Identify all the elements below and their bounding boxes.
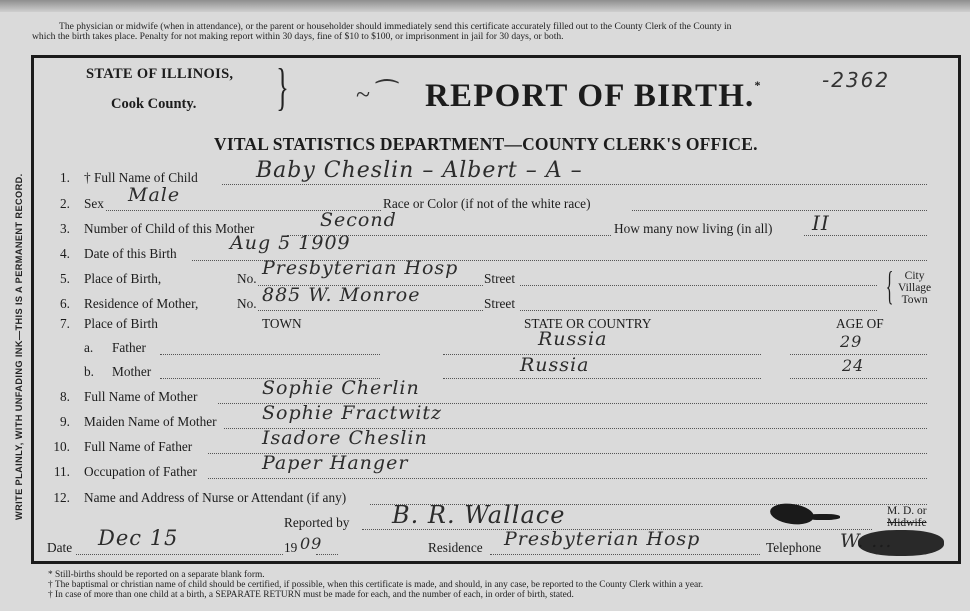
field-number: 6. <box>46 296 70 312</box>
department-heading: VITAL STATISTICS DEPARTMENT—COUNTY CLERK… <box>214 134 758 155</box>
field-number: 11. <box>46 464 70 480</box>
birth-date-value[interactable]: Aug 5 1909 <box>230 232 351 254</box>
state-label: STATE OF ILLINOIS, <box>86 66 233 83</box>
field-prefix: b. <box>84 364 94 380</box>
county-label: Cook County. <box>111 96 196 113</box>
mother-country-value[interactable]: Russia <box>520 354 589 376</box>
reported-by-signature[interactable]: B. R. Wallace <box>392 501 565 529</box>
scan-top-edge <box>0 0 970 12</box>
column-header-age: AGE OF <box>836 316 884 332</box>
footnote-multiple-births: † In case of more than one child at a bi… <box>48 590 968 600</box>
field-number: 12. <box>46 490 70 506</box>
field-number: 10. <box>46 439 70 455</box>
field-number: 7. <box>46 316 70 332</box>
father-country-value[interactable]: Russia <box>538 328 607 350</box>
field-label: Mother <box>112 364 151 380</box>
child-name-value[interactable]: Baby Cheslin – Albert – A – <box>256 158 583 183</box>
certificate-number: -2362 <box>822 68 890 92</box>
field-label: Full Name of Mother <box>84 389 197 405</box>
field-label: Number of Child of this Mother <box>84 221 254 237</box>
penalty-notice: The physician or midwife (when in attend… <box>32 22 962 42</box>
field-row-mother-residence: 6. Residence of Mother, No. 885 W. Monro… <box>0 296 970 316</box>
field-label: Date of this Birth <box>84 246 177 262</box>
field-row-birth-date: 4. Date of this Birth Aug 5 1909 <box>0 246 970 266</box>
city-option: City <box>898 270 931 282</box>
mother-age-value[interactable]: 24 <box>842 356 864 375</box>
field-label: Father <box>112 340 146 356</box>
living-count-value[interactable]: II <box>812 211 830 235</box>
fill-line <box>316 542 338 555</box>
field-row-father-name: 10. Full Name of Father Isadore Cheslin <box>0 439 970 459</box>
field-label: How many now living (in all) <box>614 221 772 237</box>
number-label: No. <box>237 271 257 287</box>
brace-icon: } <box>276 62 288 114</box>
maiden-name-value[interactable]: Sophie Fractwitz <box>262 402 442 424</box>
field-row-child-number: 3. Number of Child of this Mother Second… <box>0 221 970 241</box>
street-label: Street <box>484 296 515 312</box>
street-label: Street <box>484 271 515 287</box>
reported-by-label: Reported by <box>284 515 349 531</box>
footnotes: * Still-births should be reported on a s… <box>48 570 968 601</box>
field-label: Occupation of Father <box>84 464 197 480</box>
field-label: Race or Color (if not of the white race) <box>383 196 591 212</box>
ink-blot <box>806 514 840 520</box>
field-row-mother-name: 8. Full Name of Mother Sophie Cherlin <box>0 389 970 409</box>
footnote-baptismal-name: † The baptismal or christian name of chi… <box>48 580 968 590</box>
date-label: Date <box>47 540 72 556</box>
year-prefix: 19 <box>284 540 297 556</box>
ink-blot <box>858 530 944 556</box>
child-number-value[interactable]: Second <box>320 209 397 231</box>
title-footnote-mark: * <box>755 78 762 92</box>
residence-value[interactable]: Presbyterian Hosp <box>504 528 700 550</box>
field-row-father-birthplace: a. Father Russia 29 <box>0 340 970 360</box>
footnote-stillbirth: * Still-births should be reported on a s… <box>48 570 968 580</box>
field-row-birth-place: 5. Place of Birth, No. Presbyterian Hosp… <box>0 271 970 291</box>
fill-line <box>520 273 877 286</box>
city-village-town: City Village Town <box>898 270 931 306</box>
field-label: Place of Birth, <box>84 271 161 287</box>
fill-line <box>520 298 877 311</box>
brace-icon: { <box>886 266 894 306</box>
town-option: Town <box>898 294 931 306</box>
father-occupation-value[interactable]: Paper Hanger <box>262 452 408 474</box>
field-number: 9. <box>46 414 70 430</box>
father-name-value[interactable]: Isadore Cheslin <box>262 427 428 449</box>
field-label: Full Name of Father <box>84 439 192 455</box>
field-prefix: a. <box>84 340 93 356</box>
field-row-parents-birthplace: 7. Place of Birth TOWN STATE OR COUNTRY … <box>0 316 970 336</box>
field-number: 5. <box>46 271 70 287</box>
mother-name-value[interactable]: Sophie Cherlin <box>262 377 420 399</box>
field-row-maiden-name: 9. Maiden Name of Mother Sophie Fractwit… <box>0 414 970 434</box>
field-row-mother-birthplace: b. Mother Russia 24 <box>0 364 970 384</box>
page-title: REPORT OF BIRTH.* <box>425 78 762 115</box>
field-label: Name and Address of Nurse or Attendant (… <box>84 490 346 506</box>
field-number: 1. <box>46 170 70 186</box>
field-number: 2. <box>46 196 70 212</box>
md-label: M. D. or <box>887 505 927 517</box>
fill-line <box>443 366 761 379</box>
field-label: Place of Birth <box>84 316 158 332</box>
field-label: Sex <box>84 196 104 212</box>
field-row-father-occupation: 11. Occupation of Father Paper Hanger <box>0 464 970 484</box>
midwife-label-struck: Midwife <box>887 517 927 529</box>
field-label: Residence of Mother, <box>84 296 198 312</box>
field-row-date-residence: Date Dec 15 19 09 Residence Presbyterian… <box>0 540 970 560</box>
report-date-value[interactable]: Dec 15 <box>98 526 178 550</box>
fill-line <box>632 198 927 211</box>
field-label: Maiden Name of Mother <box>84 414 217 430</box>
field-number: 8. <box>46 389 70 405</box>
notice-line-2: which the birth takes place. Penalty for… <box>32 32 962 42</box>
father-age-value[interactable]: 29 <box>840 332 862 351</box>
fill-line <box>160 342 380 355</box>
residence-label: Residence <box>428 540 483 556</box>
pen-mark: ~ ⁀ <box>356 80 397 110</box>
column-header-town: TOWN <box>262 316 302 332</box>
field-number: 4. <box>46 246 70 262</box>
birth-place-value[interactable]: Presbyterian Hosp <box>262 257 458 279</box>
title-designation: M. D. or Midwife <box>887 505 927 529</box>
number-label: No. <box>237 296 257 312</box>
field-number: 3. <box>46 221 70 237</box>
sex-value[interactable]: Male <box>128 184 180 206</box>
telephone-label: Telephone <box>766 540 821 556</box>
mother-residence-value[interactable]: 885 W. Monroe <box>262 284 421 306</box>
title-text: REPORT OF BIRTH. <box>425 78 755 114</box>
village-option: Village <box>898 282 931 294</box>
